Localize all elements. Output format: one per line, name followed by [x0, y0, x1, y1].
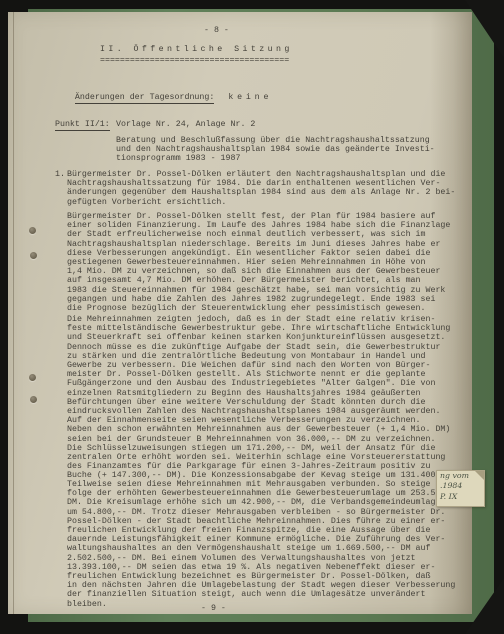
side-tab-text-line: .1984: [437, 481, 484, 491]
body-paragraph: Die Mehreinnahmen zeigten jedoch, daß es…: [67, 315, 470, 481]
body-paragraph: Bürgermeister Dr. Possel-Dölken stellt f…: [67, 212, 450, 313]
agenda-item-subject: Beratung und Beschlußfassung über die Na…: [116, 136, 435, 164]
scanned-minutes-page: { "page": { "page_number_top": "- 8 -", …: [0, 0, 504, 634]
hole-punch: [30, 396, 37, 403]
agenda-item-label: Punkt II/1:: [55, 120, 110, 131]
body-paragraph: Teilweise seien diese Mehreinnahmen mit …: [67, 480, 460, 609]
document-page: - 8 - II. Öffentliche Sitzung ==========…: [8, 12, 472, 614]
session-heading: II. Öffentliche Sitzung: [100, 45, 293, 54]
side-tab-text-line: P. IX: [437, 492, 484, 502]
paragraph-number: 1.: [55, 170, 65, 179]
hole-punch: [29, 374, 36, 381]
side-tab: ng vom .1984 P. IX: [436, 470, 485, 507]
hole-punch: [29, 227, 36, 234]
agenda-item-reference: Vorlage Nr. 24, Anlage Nr. 2: [116, 120, 255, 129]
body-paragraph: Bürgermeister Dr. Possel-Dölken erläuter…: [67, 170, 455, 207]
agenda-changes-value: keine: [228, 93, 272, 102]
page-fold-line: [13, 12, 14, 614]
page-number-bottom: - 9 -: [201, 604, 226, 613]
hole-punch: [30, 252, 37, 259]
agenda-changes-line: Änderungen der Tagesordnung:keine: [55, 84, 272, 112]
page-number-top: - 8 -: [204, 26, 229, 35]
agenda-changes-label: Änderungen der Tagesordnung:: [75, 93, 214, 104]
session-heading-underline: ======================================: [100, 56, 289, 65]
